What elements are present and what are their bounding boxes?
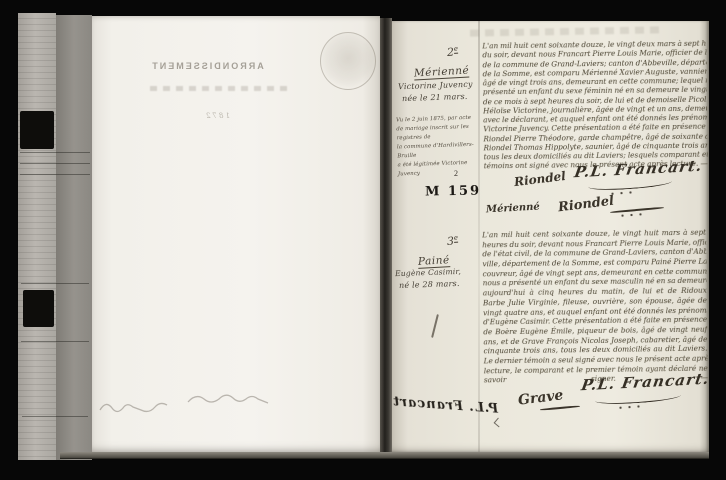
bleed-through-subtitle xyxy=(150,86,290,91)
signature-merienne: Mérienné xyxy=(486,202,540,216)
printed-page-number: 2 xyxy=(454,169,458,178)
signature-grave: Grave xyxy=(517,387,564,408)
book-gutter xyxy=(380,18,392,454)
signature-riondel-2: Riondel xyxy=(557,194,615,216)
flourish-dots xyxy=(618,212,645,218)
act-number-suffix: e xyxy=(454,45,459,54)
page-bottom-edge xyxy=(60,452,709,459)
pen-cross-mark xyxy=(494,418,504,428)
book-fore-edge-inner xyxy=(56,15,92,460)
signature-riondel-1: Riondel xyxy=(513,169,566,189)
bleed-through-writing xyxy=(92,384,282,420)
page-edge-line xyxy=(21,283,89,284)
binding-clamp-bottom xyxy=(23,290,54,327)
bleed-through-header-line xyxy=(470,26,660,36)
book-fore-edge-outer xyxy=(18,13,56,460)
page-edge-line xyxy=(22,416,88,417)
round-ink-stamp xyxy=(320,32,376,90)
pen-stroke-mark xyxy=(431,314,439,338)
page-edge-line xyxy=(21,341,89,342)
left-page: ARRONDISSEMENT 1872 xyxy=(92,16,380,453)
act-number-2: 2e xyxy=(447,45,459,59)
flourish-dots xyxy=(616,404,646,410)
act-number-suffix: e xyxy=(454,234,459,243)
margin-surname-merienne: Mérienné xyxy=(414,65,470,81)
signature-flourish xyxy=(540,405,580,410)
register-number-stamp: M 159 xyxy=(425,184,481,200)
legitimation-note: Vu le 2 juin 1875, par actede mariage in… xyxy=(396,114,480,180)
bleed-through-title: ARRONDISSEMENT xyxy=(144,61,270,71)
right-page: 2e Mérienné Victorine Juvency née le 21 … xyxy=(392,21,709,452)
margin-birth-date: née le 21 mars. xyxy=(402,92,468,103)
margin-rule-line xyxy=(478,21,480,452)
register-scan: ARRONDISSEMENT 1872 2e Mérienné Victorin… xyxy=(0,0,726,480)
fore-edge-texture xyxy=(18,13,56,460)
margin-birth-date: né le 28 mars. xyxy=(399,279,460,290)
bleed-through-signature: P.L. Francart xyxy=(392,394,499,416)
binding-clamp-top xyxy=(20,111,54,149)
act-number-3: 3e xyxy=(447,234,459,248)
page-edge-line xyxy=(20,163,90,164)
page-edge-line xyxy=(20,152,90,153)
page-edge-line xyxy=(20,174,90,175)
script-line: a été légitimée Victorine Juvency xyxy=(397,159,480,180)
bleed-through-year: 1872 xyxy=(204,112,230,120)
birth-act-2-text: L'an mil huit cent soixante douze, le vi… xyxy=(482,228,708,386)
margin-given-names: Eugène Casimir, xyxy=(395,267,461,278)
margin-given-names: Victorine Juvency xyxy=(398,80,473,92)
birth-act-1-text: L'an mil huit cent soixante douze, le vi… xyxy=(482,39,708,171)
